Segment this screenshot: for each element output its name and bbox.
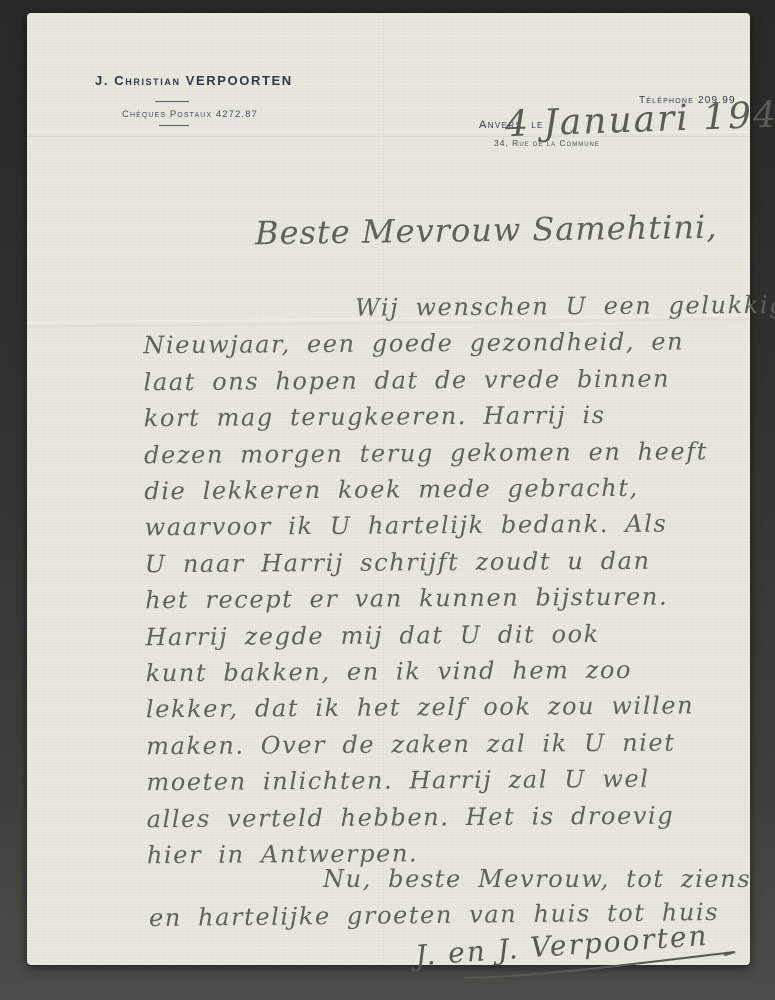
letter-line: U naar Harrij schrijft zoudt u dan bbox=[145, 542, 775, 583]
letter-line: waarvoor ik U hartelijk bedank. Als bbox=[144, 505, 775, 546]
letter-line: die lekkeren koek mede gebracht, bbox=[144, 469, 775, 510]
letter-line: het recept er van kunnen bijsturen. bbox=[145, 578, 775, 619]
letterhead-name: J. Christian VERPOORTEN bbox=[95, 73, 293, 88]
signature-flourish bbox=[457, 945, 757, 981]
letter-line: Harrij zegde mij dat U dit ook bbox=[145, 614, 775, 655]
closing-line: Nu, beste Mevrouw, tot ziens bbox=[323, 865, 751, 893]
letter-line: Wij wenschen U een gelukkig bbox=[143, 287, 775, 328]
handwritten-date: 4 Januari 1940 bbox=[504, 94, 775, 145]
letter-paper: J. Christian VERPOORTEN Chèques Postaux … bbox=[27, 13, 750, 965]
letter-line: alles verteld hebben. Het is droevig bbox=[147, 796, 775, 837]
letter-line: maken. Over de zaken zal ik U niet bbox=[146, 724, 775, 765]
scanned-letter-photo: { "palette": { "surround_dark": "#2c2c2a… bbox=[0, 0, 775, 1000]
letter-line: moeten inlichten. Harrij zal U wel bbox=[146, 760, 775, 801]
letterhead-rule-bottom bbox=[159, 125, 189, 126]
letterhead-rule-top bbox=[155, 101, 189, 102]
letter-line: laat ons hopen dat de vrede binnen bbox=[143, 360, 775, 401]
letter-line: Nieuwjaar, een goede gezondheid, en bbox=[143, 323, 775, 364]
letter-line: dezen morgen terug gekomen en heeft bbox=[144, 432, 775, 473]
salutation: Beste Mevrouw Samehtini, bbox=[255, 208, 718, 252]
letter-line: lekker, dat ik het zelf ook zou willen bbox=[146, 687, 775, 728]
letter-body: Wij wenschen U een gelukkig Nieuwjaar, e… bbox=[143, 287, 775, 874]
letter-line: kunt bakken, en ik vind hem zoo bbox=[146, 651, 775, 692]
letterhead-cheques-postaux: Chèques Postaux 4272.87 bbox=[122, 109, 258, 120]
letter-line: kort mag terugkeeren. Harrij is bbox=[144, 396, 775, 437]
